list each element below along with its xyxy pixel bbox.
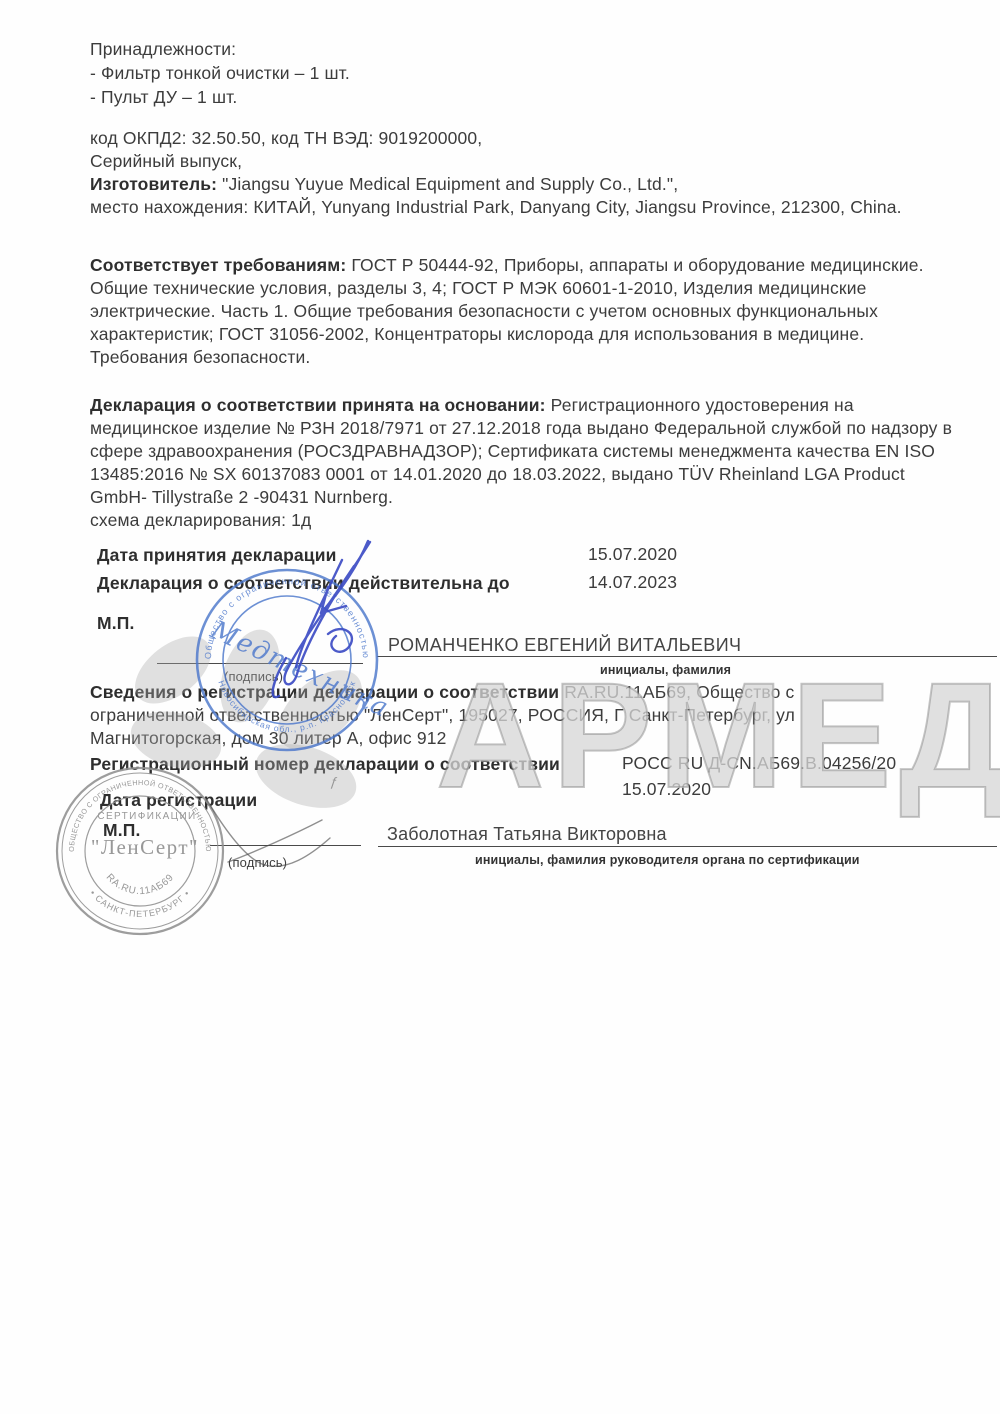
- gray-stamp-accreditation-arc-text: RA.RU.11АБ69: [104, 872, 177, 897]
- reg-number-value: РОСС RU Д-CN.АБ69.В.04256/20: [622, 752, 896, 775]
- valid-until-value: 14.07.2023: [588, 571, 677, 594]
- accessory-item: - Фильтр тонкой очистки – 1 шт.: [90, 62, 350, 85]
- manufacturer-value: "Jiangsu Yuyue Medical Equipment and Sup…: [217, 174, 678, 194]
- gray-stamp-center-text: "ЛенСерт": [91, 835, 199, 859]
- basis-label: Декларация о соответствии принята на осн…: [90, 395, 546, 415]
- conformity-label: Соответствует требованиям:: [90, 255, 346, 275]
- svg-text:RA.RU.11АБ69: RA.RU.11АБ69: [104, 872, 177, 897]
- accessories-title: Принадлежности:: [90, 38, 236, 61]
- accessory-item: - Пульт ДУ – 1 шт.: [90, 86, 237, 109]
- handwritten-signature-1: [180, 530, 450, 710]
- okpd2-tnved-codes-line: код ОКПД2: 32.50.50, код ТН ВЭД: 9019200…: [90, 127, 482, 150]
- head-name-underline: [378, 846, 997, 847]
- gray-stamp-certification-text: СЕРТИФИКАЦИИ: [97, 811, 196, 822]
- date-adopted-value: 15.07.2020: [588, 543, 677, 566]
- conformity-requirements-paragraph: Соответствует требованиям: ГОСТ Р 50444-…: [90, 254, 944, 369]
- name-caption-1: инициалы, фамилия: [600, 659, 731, 682]
- head-name: Заболотная Татьяна Викторовна: [387, 823, 667, 846]
- manufacturer-location-line: место нахождения: КИТАЙ, Yunyang Industr…: [90, 196, 990, 219]
- declaration-document-page: АРМЕД Принадлежности: - Фильтр тонкой оч…: [0, 0, 1000, 1414]
- handwritten-signature-2: [200, 772, 350, 872]
- manufacturer-label: Изготовитель:: [90, 174, 217, 194]
- declaration-scheme-line: схема декларирования: 1д: [90, 509, 311, 532]
- manufacturer-line: Изготовитель: "Jiangsu Yuyue Medical Equ…: [90, 173, 970, 196]
- name-caption-2: инициалы, фамилия руководителя органа по…: [475, 849, 860, 872]
- serial-release-line: Серийный выпуск,: [90, 150, 242, 173]
- declaration-basis-paragraph: Декларация о соответствии принята на осн…: [90, 394, 952, 509]
- reg-date-value: 15.07.2020: [622, 778, 711, 801]
- signatory-name-underline: [377, 656, 997, 657]
- stamp-place-label-1: М.П.: [97, 612, 134, 635]
